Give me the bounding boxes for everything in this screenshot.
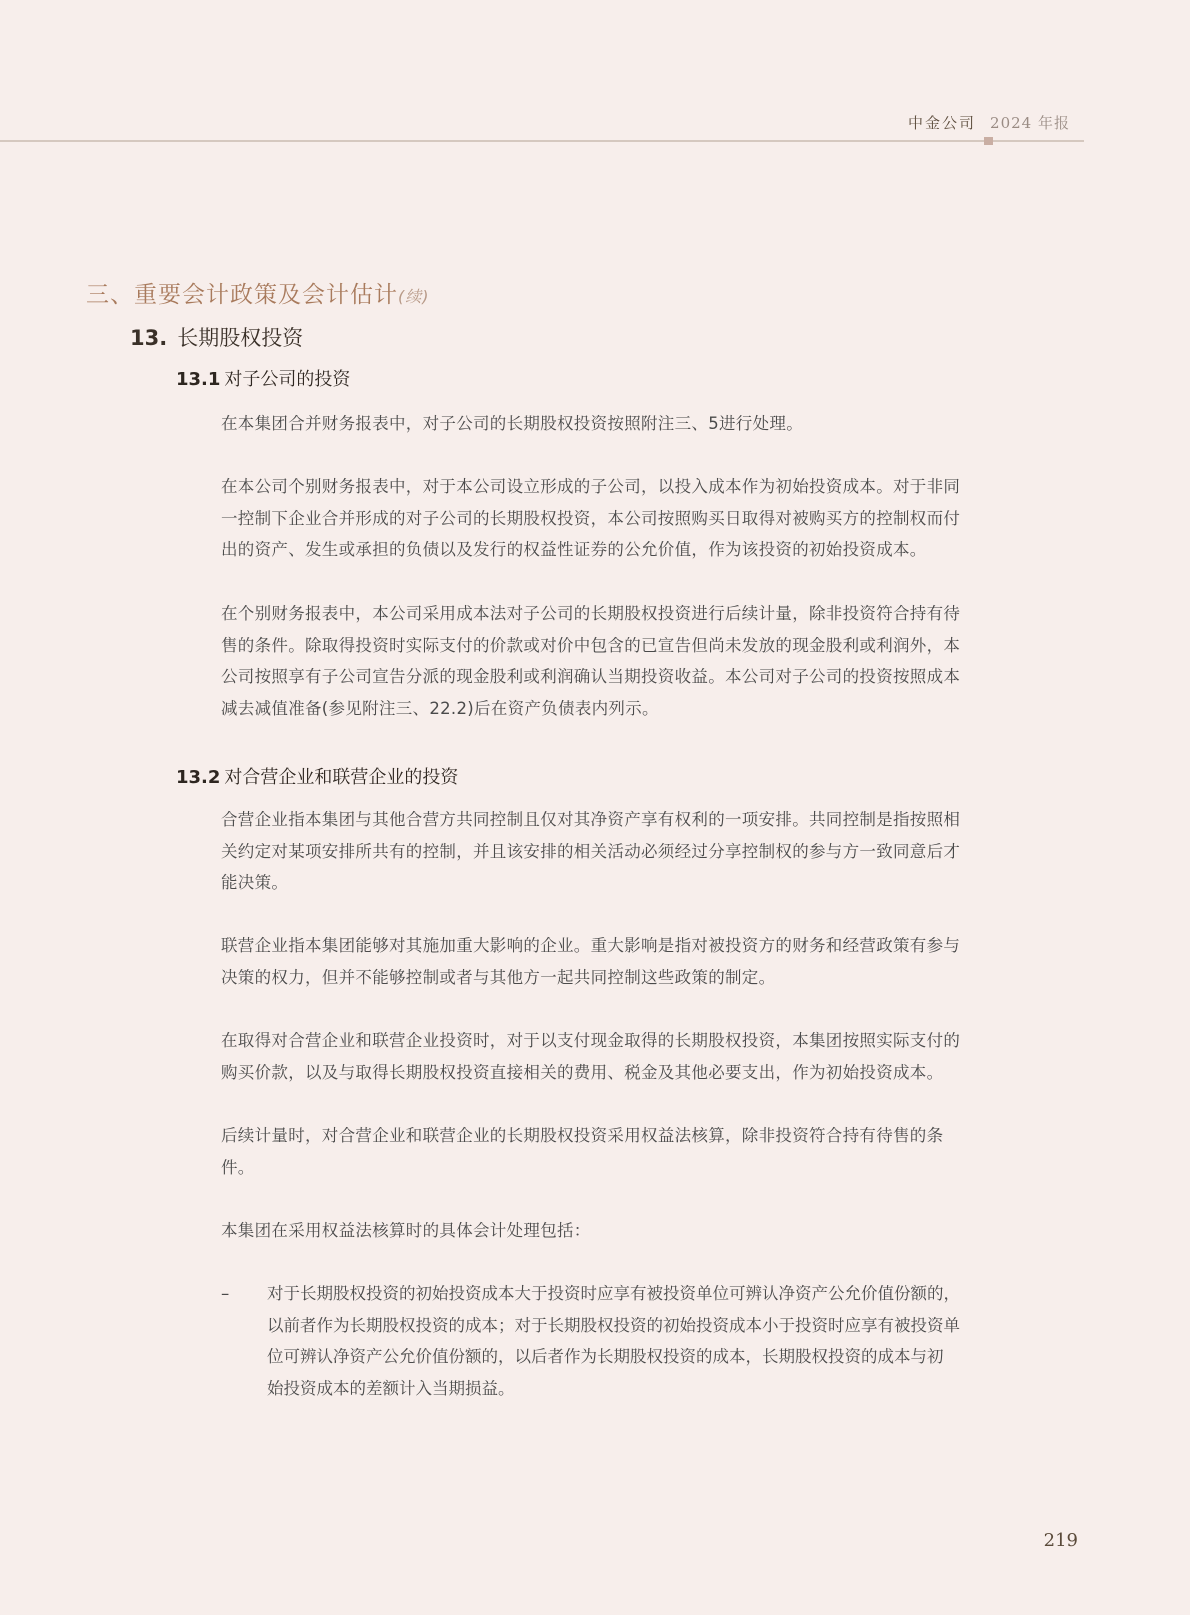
paragraph-line: 联营企业指本集团能够对其施加重大影响的企业。重大影响是指对被投资方的财务和经营政… xyxy=(221,930,1079,962)
paragraph-line: 件。 xyxy=(221,1152,1079,1184)
paragraph-line: 售的条件。除取得投资时实际支付的价款或对价中包含的已宣告但尚未发放的现金股利或利… xyxy=(221,630,1079,662)
paragraph: 在本公司个别财务报表中，对于本公司设立形成的子公司，以投入成本作为初始投资成本。… xyxy=(221,471,1079,566)
bullet-line: 对于长期股权投资的初始投资成本大于投资时应享有被投资单位可辨认净资产公允价值份额… xyxy=(267,1278,1079,1310)
bullet-line: 始投资成本的差额计入当期损益。 xyxy=(267,1373,1079,1405)
company-name: 中金公司 xyxy=(908,112,976,133)
dash-bullet-icon: – xyxy=(221,1278,229,1310)
paragraph-line: 一控制下企业合并形成的对子公司的长期股权投资，本公司按照购买日取得对被购买方的控… xyxy=(221,503,1079,535)
report-title: 2024 年报 xyxy=(990,112,1070,133)
paragraph-line: 出的资产、发生或承担的负债以及发行的权益性证券的公允价值，作为该投资的初始投资成… xyxy=(221,534,1079,566)
paragraph-line: 决策的权力，但并不能够控制或者与其他方一起共同控制这些政策的制定。 xyxy=(221,962,1079,994)
paragraph-line: 公司按照享有子公司宣告分派的现金股利或利润确认当期投资收益。本公司对子公司的投资… xyxy=(221,661,1079,693)
paragraph-line: 在取得对合营企业和联营企业投资时，对于以支付现金取得的长期股权投资，本集团按照实… xyxy=(221,1025,1079,1057)
part-number: 13.2 xyxy=(176,767,220,788)
subsection-number: 13. xyxy=(130,326,167,350)
header-marker-square xyxy=(984,137,993,145)
part-title: 对合营企业和联营企业的投资 xyxy=(224,767,458,788)
header-divider xyxy=(0,140,1084,142)
part-heading-13-1: 13.1对子公司的投资 xyxy=(176,365,350,391)
part-title: 对子公司的投资 xyxy=(224,369,350,390)
subsection-heading: 13.长期股权投资 xyxy=(130,322,303,352)
paragraph-line: 减去减值准备(参见附注三、22.2)后在资产负债表内列示。 xyxy=(221,693,1079,725)
paragraph: 在取得对合营企业和联营企业投资时，对于以支付现金取得的长期股权投资，本集团按照实… xyxy=(221,1025,1079,1088)
page-header: 中金公司 2024 年报 xyxy=(908,112,1070,133)
section-continued-label: (续) xyxy=(398,287,430,306)
paragraph: 在个别财务报表中，本公司采用成本法对子公司的长期股权投资进行后续计量，除非投资符… xyxy=(221,598,1079,724)
part-number: 13.1 xyxy=(176,369,220,390)
paragraph-line: 在本公司个别财务报表中，对于本公司设立形成的子公司，以投入成本作为初始投资成本。… xyxy=(221,471,1079,503)
subsection-title: 长期股权投资 xyxy=(177,326,303,350)
paragraph: 合营企业指本集团与其他合营方共同控制且仅对其净资产享有权利的一项安排。共同控制是… xyxy=(221,804,1079,899)
section-title-text: 三、重要会计政策及会计估计 xyxy=(86,282,398,308)
paragraph: 联营企业指本集团能够对其施加重大影响的企业。重大影响是指对被投资方的财务和经营政… xyxy=(221,930,1079,993)
bullet-text: 对于长期股权投资的初始投资成本大于投资时应享有被投资单位可辨认净资产公允价值份额… xyxy=(267,1278,1079,1404)
paragraph-line: 在个别财务报表中，本公司采用成本法对子公司的长期股权投资进行后续计量，除非投资符… xyxy=(221,598,1079,630)
paragraph-line: 后续计量时，对合营企业和联营企业的长期股权投资采用权益法核算，除非投资符合持有待… xyxy=(221,1120,1079,1152)
bullet-line: 位可辨认净资产公允价值份额的，以后者作为长期股权投资的成本，长期股权投资的成本与… xyxy=(267,1341,1079,1373)
paragraph-line: 在本集团合并财务报表中，对子公司的长期股权投资按照附注三、5进行处理。 xyxy=(221,408,1079,440)
paragraph-line: 购买价款，以及与取得长期股权投资直接相关的费用、税金及其他必要支出，作为初始投资… xyxy=(221,1057,1079,1089)
paragraph: 在本集团合并财务报表中，对子公司的长期股权投资按照附注三、5进行处理。 xyxy=(221,408,1079,440)
paragraph-line: 本集团在采用权益法核算时的具体会计处理包括： xyxy=(221,1215,1079,1247)
part-heading-13-2: 13.2对合营企业和联营企业的投资 xyxy=(176,763,458,789)
paragraph: 后续计量时，对合营企业和联营企业的长期股权投资采用权益法核算，除非投资符合持有待… xyxy=(221,1120,1079,1183)
paragraph-line: 合营企业指本集团与其他合营方共同控制且仅对其净资产享有权利的一项安排。共同控制是… xyxy=(221,804,1079,836)
section-title: 三、重要会计政策及会计估计(续) xyxy=(86,276,430,309)
page-number: 219 xyxy=(1044,1530,1078,1551)
paragraph-line: 关约定对某项安排所共有的控制，并且该安排的相关活动必须经过分享控制权的参与方一致… xyxy=(221,836,1079,868)
paragraph-line: 能决策。 xyxy=(221,867,1079,899)
paragraph: 本集团在采用权益法核算时的具体会计处理包括： xyxy=(221,1215,1079,1247)
bullet-line: 以前者作为长期股权投资的成本；对于长期股权投资的初始投资成本小于投资时应享有被投… xyxy=(267,1310,1079,1342)
